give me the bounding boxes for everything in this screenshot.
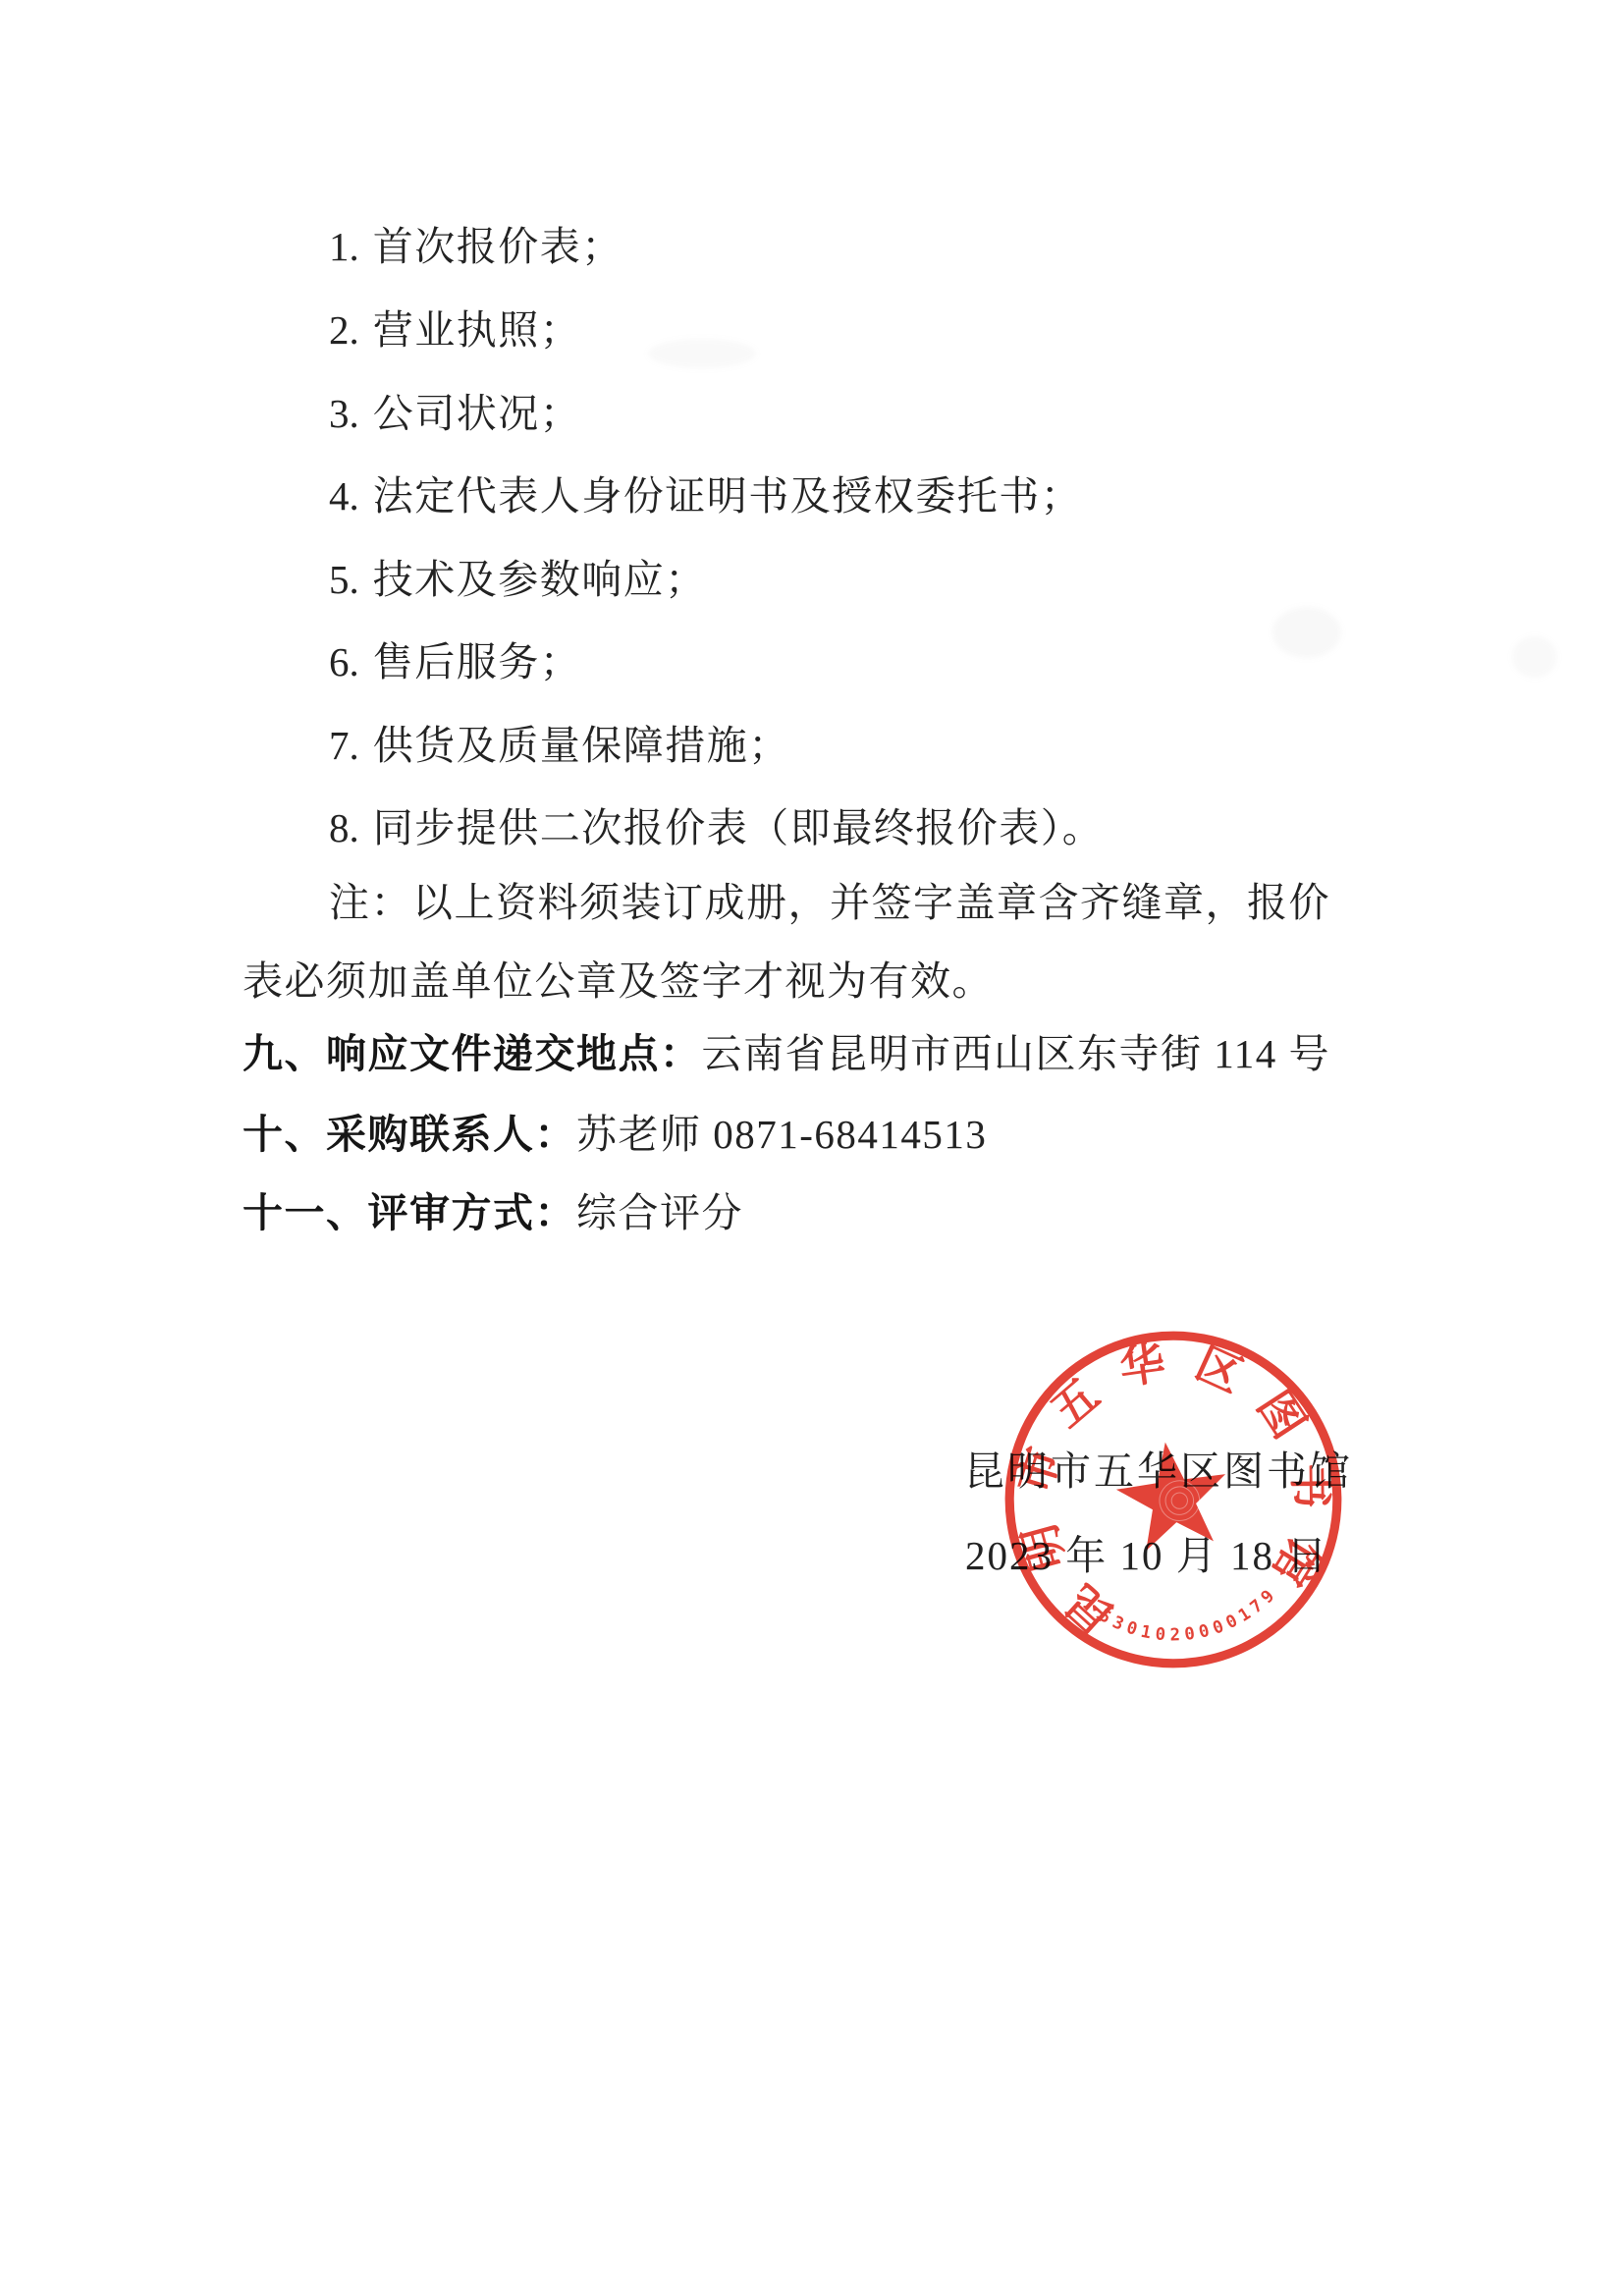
item-text: 营业执照； [373, 307, 582, 353]
item-number: 1. [329, 224, 359, 270]
item-number: 8. [329, 805, 359, 851]
list-item: 5.技术及参数响应； [243, 557, 1468, 603]
section-line: 十、采购联系人：苏老师 0871-68414513 [243, 1112, 1381, 1158]
note-line: 表必须加盖单位公章及签字才视为有效。 [243, 958, 1381, 1005]
section-value: 综合评分 [576, 1190, 743, 1235]
item-text: 同步提供二次报价表（即最终报价表）。 [373, 805, 1105, 850]
item-number: 6. [329, 639, 359, 685]
list-item: 4.法定代表人身份证明书及授权委托书； [243, 473, 1468, 519]
list-item: 2.营业执照； [243, 307, 1468, 354]
item-text: 法定代表人身份证明书及授权委托书； [373, 473, 1083, 519]
list-item: 7.供货及质量保障措施； [243, 723, 1468, 769]
list-item: 6.售后服务； [243, 639, 1468, 685]
section-line: 十一、评审方式：综合评分 [243, 1190, 1381, 1236]
item-text: 首次报价表； [373, 224, 623, 269]
official-seal: 昆明市五华区图书馆 5301020000179 [975, 1301, 1372, 1698]
list-item: 3.公司状况； [243, 391, 1468, 437]
item-text: 售后服务； [373, 639, 582, 684]
section-label: 十、采购联系人： [243, 1112, 576, 1157]
list-item: 8.同步提供二次报价表（即最终报价表）。 [243, 805, 1468, 851]
section-label: 十一、评审方式： [243, 1190, 576, 1235]
star-icon [1110, 1435, 1234, 1554]
list-item: 1.首次报价表； [243, 224, 1468, 270]
section-label: 九、响应文件递交地点： [243, 1031, 702, 1076]
item-number: 2. [329, 307, 359, 354]
item-number: 3. [329, 391, 359, 437]
section-value: 苏老师 0871-68414513 [576, 1112, 987, 1157]
document-page: 1.首次报价表； 2.营业执照； 3.公司状况； 4.法定代表人身份证明书及授权… [0, 0, 1623, 2296]
item-number: 5. [329, 557, 359, 603]
note-line: 注：以上资料须装订成册，并签字盖章含齐缝章，报价 [243, 880, 1468, 926]
item-text: 公司状况； [373, 391, 582, 436]
section-value: 云南省昆明市西山区东寺街 114 号 [702, 1031, 1330, 1076]
item-number: 7. [329, 723, 359, 769]
item-number: 4. [329, 473, 359, 519]
section-line: 九、响应文件递交地点：云南省昆明市西山区东寺街 114 号 [243, 1031, 1381, 1077]
scan-smudge [1512, 636, 1557, 678]
item-text: 技术及参数响应； [373, 557, 707, 602]
item-text: 供货及质量保障措施； [373, 723, 790, 768]
seal-code-text: 5301020000179 [1094, 1581, 1287, 1657]
